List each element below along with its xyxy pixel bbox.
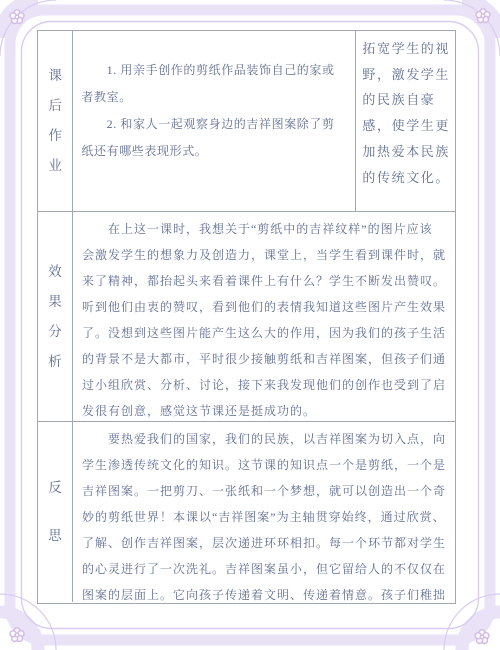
text-line: 要热爱我们的国家，我们的民族，以吉祥图案为切入点，向 [82,426,446,452]
text-line: 者教室。 [81,84,347,111]
text-line: 发很有创意，感觉这节课还是挺成功的。 [82,398,446,424]
lesson-plan-table: 课后作业 1. 用亲手创作的剪纸作品装饰自己的家或者教室。 2. 和家人一起观察… [37,30,456,604]
text-line: 了解、创作吉祥图案，层次递进环环相扣。每一个环节都对学生 [82,530,446,556]
text-line: 2. 和家人一起观察身边的吉祥图案除了剪 [81,111,347,138]
label-char: 课 [48,61,62,91]
text-line: 感，使学生更 [362,113,450,139]
section-effect-analysis: 效果分析 在上这一课时，我想关于“剪纸中的吉祥纹样”的图片应该会激发学生的想象力… [38,212,455,422]
effect-analysis-content: 在上这一课时，我想关于“剪纸中的吉祥纹样”的图片应该会激发学生的想象力及创造力，… [73,212,455,421]
text-line: 野，激发学生 [362,62,450,88]
text-line: 来了精神，都抬起头来看着课件上有什么？学生不断发出赞叹。 [82,268,446,294]
homework-content: 1. 用亲手创作的剪纸作品装饰自己的家或者教室。 2. 和家人一起观察身边的吉祥… [73,31,356,211]
text-line: 拓宽学生的视 [362,36,450,62]
section-label-reflection: 反思 [38,422,73,602]
text-line: 吉祥图案。一把剪刀、一张纸和一个梦想，就可以创造出一个奇 [82,478,446,504]
corner-flower-icon [10,10,24,24]
label-char: 反 [48,464,62,512]
text-line: 的背景不是大都市，平时很少接触剪纸和吉祥图案，但孩子们通 [82,346,446,372]
text-line: 在上这一课时，我想关于“剪纸中的吉祥纹样”的图片应该 [82,216,446,242]
corner-flower-icon [475,630,489,644]
corner-flower-icon [476,9,490,23]
text-line: 纸还有哪些表现形式。 [81,138,347,165]
text-line: 过小组欣赏、分析、讨论，接下来我发现他们的创作也受到了启 [82,372,446,398]
label-char: 业 [48,151,62,181]
text-line: 图案的层面上。它向孩子传递着文明、传递着情意。孩子们稚拙 [82,582,446,608]
corner-flower-icon [10,628,24,642]
section-label-effect-analysis: 效果分析 [38,212,73,421]
label-char: 效 [48,257,62,287]
label-char: 作 [48,121,62,151]
text-line: 1. 用亲手创作的剪纸作品装饰自己的家或 [81,57,347,84]
text-line: 的心灵进行了一次洗礼。吉祥图案虽小，但它留给人的不仅仅在 [82,556,446,582]
section-homework: 课后作业 1. 用亲手创作的剪纸作品装饰自己的家或者教室。 2. 和家人一起观察… [38,31,455,212]
homework-side-note: 拓宽学生的视野，激发学生的民族自豪感，使学生更加热爱本民族的传统文化。 [356,31,455,211]
text-line: 加热爱本民族 [362,139,450,165]
section-reflection: 反思 要热爱我们的国家，我们的民族，以吉祥图案为切入点，向学生渗透传统文化的知识… [38,422,455,602]
text-line: 的传统文化。 [362,165,450,191]
text-line: 会激发学生的想象力及创造力，课堂上，当学生看到课件时，就 [82,242,446,268]
reflection-content: 要热爱我们的国家，我们的民族，以吉祥图案为切入点，向学生渗透传统文化的知识。这节… [73,422,455,602]
text-line: 妙的剪纸世界！本课以“吉祥图案”为主轴贯穿始终，通过欣赏、 [82,504,446,530]
text-line: 了。没想到这些图片能产生这么大的作用，因为我们的孩子生活 [82,320,446,346]
label-char: 后 [48,91,62,121]
text-line: 听到他们由衷的赞叹，看到他们的表情我知道这些图片产生效果 [82,294,446,320]
label-char: 思 [48,512,62,560]
text-line: 的民族自豪 [362,87,450,113]
label-char: 分 [48,317,62,347]
label-char: 析 [48,347,62,377]
text-line: 学生渗透传统文化的知识。这节课的知识点一个是剪纸，一个是 [82,452,446,478]
section-label-homework: 课后作业 [38,31,73,211]
label-char: 果 [48,287,62,317]
